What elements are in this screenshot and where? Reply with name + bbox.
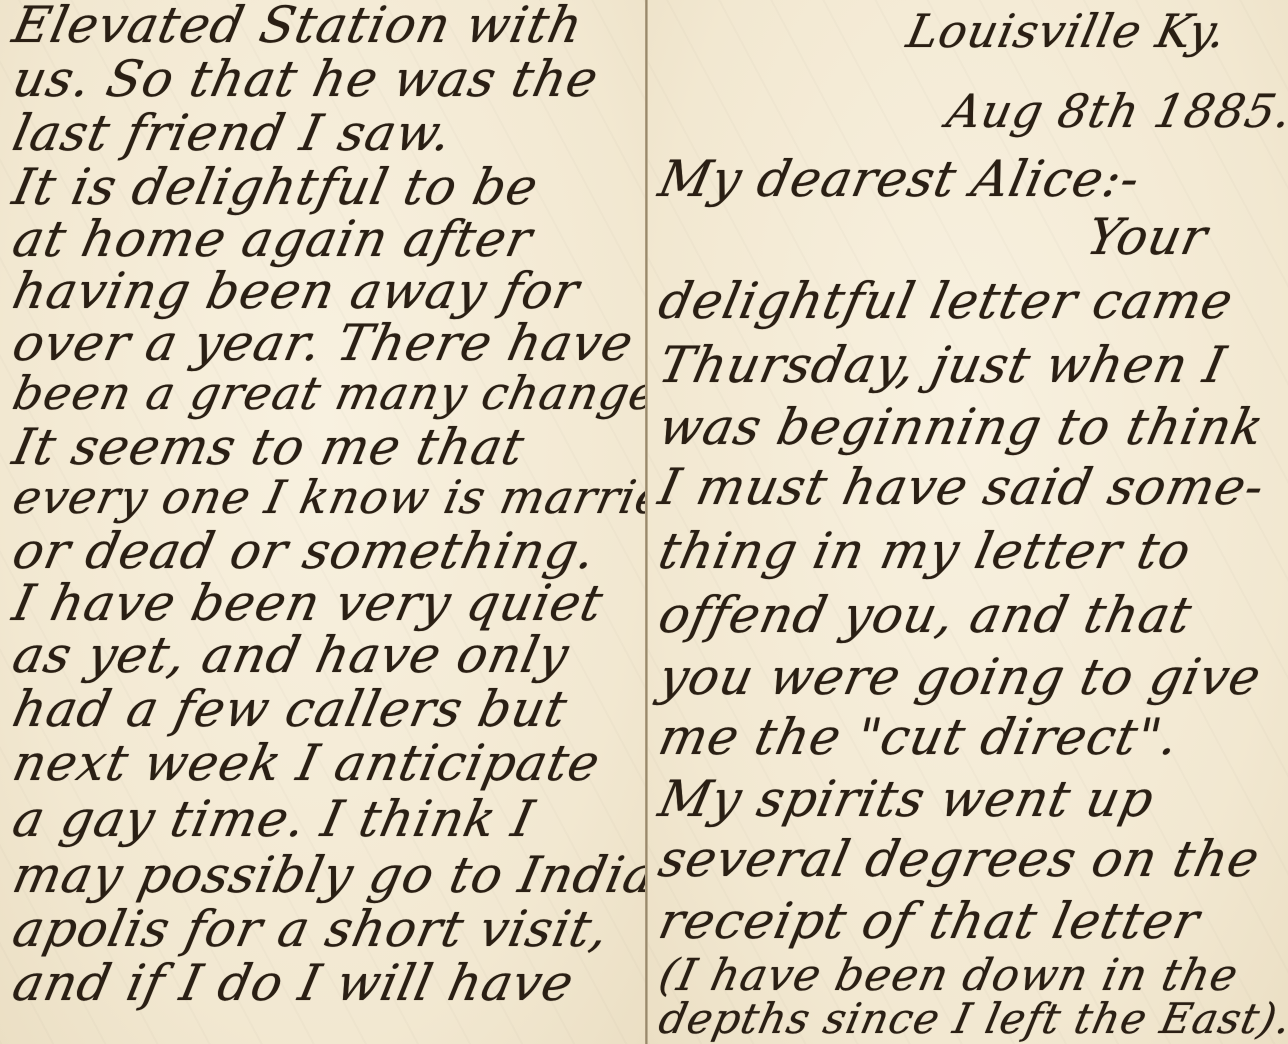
letter-line: It is delightful to be	[8, 158, 544, 216]
letter-date: Aug 8th 1885.	[942, 84, 1288, 138]
letter-line: offend you, and that	[654, 586, 1198, 644]
letter-line: or dead or something.	[8, 522, 602, 580]
letter-line: Thursday, just when I	[654, 336, 1232, 394]
letter-line: at home again after	[8, 210, 538, 268]
letter-line: receipt of that letter	[654, 892, 1205, 950]
letter-line: Your	[1082, 208, 1213, 266]
letter-line: It seems to me that	[8, 418, 530, 476]
letter-line: next week I anticipate	[8, 734, 606, 792]
letter-line: having been away for	[8, 262, 585, 320]
letter-line: me the "cut direct".	[654, 708, 1185, 766]
letter-line: and if I do I will have	[8, 954, 579, 1012]
letter-line: apolis for a short visit,	[8, 900, 615, 958]
letter-line: My spirits went up	[654, 770, 1160, 828]
left-page: Elevated Station with us. So that he was…	[0, 0, 645, 1044]
letter-line: thing in my letter to	[654, 522, 1197, 580]
letter-line: you were going to give	[654, 648, 1267, 706]
letter-salutation: My dearest Alice:-	[654, 150, 1146, 208]
letter-line: been a great many changes.	[8, 366, 703, 420]
letter-line: had a few callers but	[8, 680, 573, 738]
letter-line: I must have said some-	[654, 458, 1270, 516]
letter-line: Elevated Station with	[8, 0, 589, 54]
letter-line: I have been very quiet	[8, 574, 609, 632]
letter-line: us. So that he was the	[8, 50, 604, 108]
letter-line: was beginning to think	[654, 398, 1269, 456]
letter-line: every one I know is married	[8, 470, 700, 524]
letter-line: over a year. There have	[8, 314, 639, 372]
letter-line: as yet, and have only	[8, 626, 575, 684]
letter-place: Louisville Ky.	[902, 4, 1232, 58]
letter-line: may possibly go to Indian-	[8, 846, 712, 904]
letter-line: last friend I saw.	[8, 104, 458, 162]
letter-line: delightful letter came	[654, 272, 1239, 330]
letter-line: several degrees on the	[654, 830, 1265, 888]
letter-line: depths since I left the East).	[655, 994, 1288, 1043]
letter-spread: Elevated Station with us. So that he was…	[0, 0, 1288, 1044]
letter-line: a gay time. I think I	[8, 790, 540, 848]
right-page: Louisville Ky. Aug 8th 1885. My dearest …	[648, 0, 1288, 1044]
